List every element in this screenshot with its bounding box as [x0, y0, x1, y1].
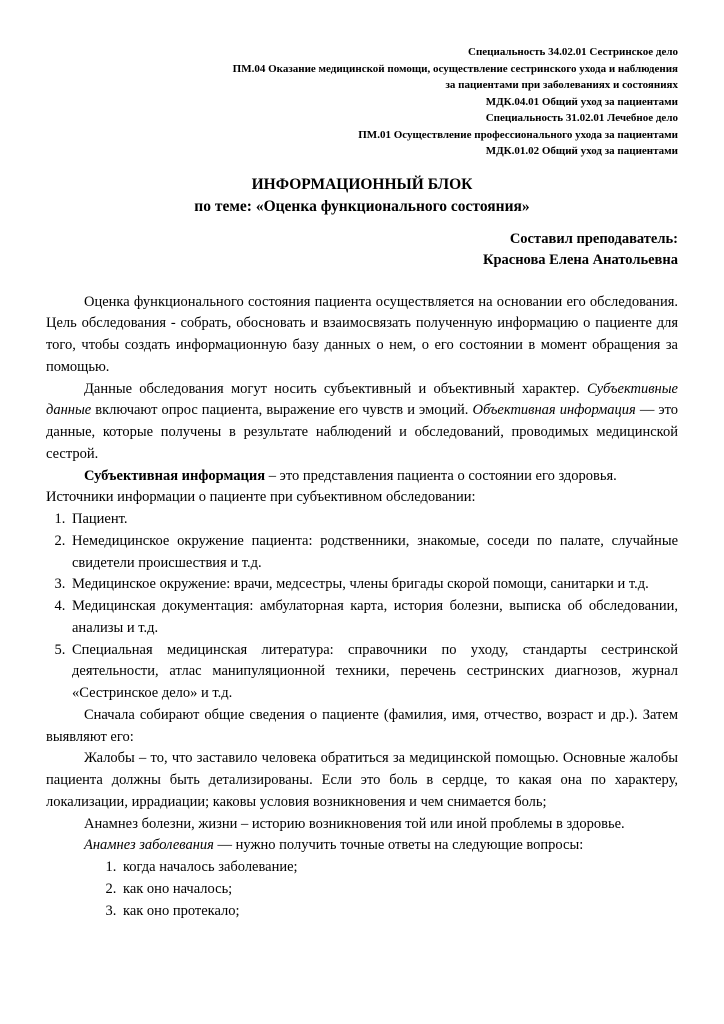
author-block: Составил преподаватель: Краснова Елена А… — [46, 229, 678, 271]
text-run: – это представления пациента о состоянии… — [265, 468, 617, 484]
header-line-mdk0102: МДК.01.02 Общий уход за пациентами — [46, 143, 678, 160]
paragraph-complaints: Жалобы – то, что заставило человека обра… — [46, 748, 678, 813]
document-page: Специальность 34.02.01 Сестринское дело … — [0, 0, 724, 1024]
text-run-italic-objective-info: Объективная информация — [472, 402, 635, 418]
list-item-how-progressed: как оно протекало; — [120, 901, 678, 923]
paragraph-anamnesis-disease: Анамнез заболевания — нужно получить точ… — [46, 835, 678, 857]
sources-list: Пациент. Немедицинское окружение пациент… — [46, 509, 678, 705]
header-line-pm04-cont: за пациентами при заболеваниях и состоян… — [46, 77, 678, 94]
list-item-special-literature: Специальная медицинская литература: спра… — [69, 640, 678, 705]
text-run-bold-subjective-info: Субъективная информация — [84, 468, 265, 484]
list-item-patient: Пациент. — [69, 509, 678, 531]
document-body: Оценка функционального состояния пациент… — [46, 292, 678, 923]
list-item-how-started: как оно началось; — [120, 879, 678, 901]
list-item-when-started: когда началось заболевание; — [120, 857, 678, 879]
header-line-specialty-31: Специальность 31.02.01 Лечебное дело — [46, 110, 678, 127]
text-run-italic-anamnesis-disease: Анамнез заболевания — [84, 837, 214, 853]
header-line-pm01: ПМ.01 Осуществление профессионального ух… — [46, 127, 678, 144]
list-item-medical-environment: Медицинское окружение: врачи, медсестры,… — [69, 574, 678, 596]
list-item-nonmedical-environment: Немедицинское окружение пациента: родств… — [69, 531, 678, 575]
page-title: ИНФОРМАЦИОННЫЙ БЛОК — [46, 174, 678, 196]
header-line-pm04: ПМ.04 Оказание медицинской помощи, осуще… — [46, 61, 678, 78]
paragraph-sources-heading: Источники информации о пациенте при субъ… — [46, 487, 678, 509]
paragraph-general-info: Сначала собирают общие сведения о пациен… — [46, 705, 678, 749]
list-item-medical-documentation: Медицинская документация: амбулаторная к… — [69, 596, 678, 640]
author-name: Краснова Елена Анатольевна — [46, 250, 678, 271]
text-run: включают опрос пациента, выражение его ч… — [91, 402, 472, 418]
paragraph-data-character: Данные обследования могут носить субъект… — [46, 379, 678, 466]
header-line-specialty-34: Специальность 34.02.01 Сестринское дело — [46, 44, 678, 61]
anamnesis-questions-list: когда началось заболевание; как оно нача… — [96, 857, 678, 922]
text-run: Данные обследования могут носить субъект… — [84, 381, 587, 397]
paragraph-assessment-intro: Оценка функционального состояния пациент… — [46, 292, 678, 379]
author-label: Составил преподаватель: — [46, 229, 678, 250]
document-header: Специальность 34.02.01 Сестринское дело … — [46, 44, 678, 160]
page-subtitle: по теме: «Оценка функционального состоян… — [46, 196, 678, 218]
paragraph-subjective-info: Субъективная информация – это представле… — [46, 466, 678, 488]
document-title-block: ИНФОРМАЦИОННЫЙ БЛОК по теме: «Оценка фун… — [46, 174, 678, 218]
paragraph-anamnesis: Анамнез болезни, жизни – историю возникн… — [46, 814, 678, 836]
header-line-mdk0401: МДК.04.01 Общий уход за пациентами — [46, 94, 678, 111]
text-run: — нужно получить точные ответы на следую… — [214, 837, 583, 853]
